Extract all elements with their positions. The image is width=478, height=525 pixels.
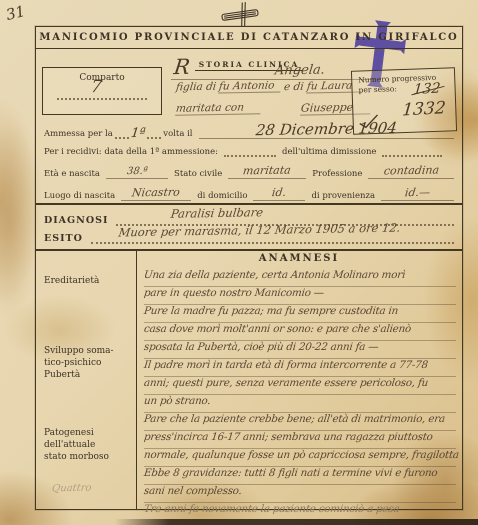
anamnesi-section: Ereditarietà Sviluppo soma- tico-psichic… — [36, 249, 462, 509]
admission-line: Ammessa per la 1ª volta il 28 Dicembre 1… — [44, 117, 454, 139]
provenance-value: id.— — [404, 186, 431, 199]
form-title: MANICOMIO PROVINCIALE DI CATANZARO IN GI… — [36, 32, 462, 43]
column-divider — [136, 249, 137, 509]
paper-stain — [0, 120, 40, 320]
profession-label: Professione — [312, 169, 362, 179]
anamnesi-line: anni; questi pure, senza veramente esser… — [143, 377, 429, 389]
document-scan: 31 Quattro MANICOMIO PROVINCIALE DI CATA… — [0, 0, 478, 525]
anamnesi-body: Una zia della paziente, certa Antonia Mo… — [144, 269, 456, 520]
recidivism-label2: dell'ultima dimissione — [282, 147, 376, 157]
anamnesi-title: ANAMNESI — [140, 253, 458, 264]
anamnesi-line: un pò strano. — [143, 395, 211, 407]
side-label-ereditarieta: Ereditarietà — [44, 275, 132, 287]
marital-pre: maritata con — [175, 101, 262, 115]
origin-line: Luogo di nascita Nicastro di domicilio i… — [44, 183, 454, 201]
side-label-patogenesi: Patogenesi dell'attuale stato morboso — [44, 427, 132, 463]
father-name: fu Antonio — [218, 79, 282, 93]
anamnesi-line: Una zia della paziente, certa Antonia Mo… — [143, 269, 406, 281]
admission-ordinal: 1ª — [130, 126, 146, 141]
anamnesi-line: sani nel complesso. — [143, 485, 242, 497]
vitals-line: Età e nascita 38.ª Stato civile maritata… — [44, 161, 454, 179]
diagnosis-value: Paralisi bulbare — [170, 205, 264, 221]
printed-ornament-icon — [218, 2, 262, 28]
anamnesi-line: normale, qualunque fosse un pò capriccio… — [143, 449, 459, 461]
progressive-old-number: 132 — [413, 80, 441, 97]
anamnesi-line: pare in questo nostro Manicomio — — [143, 287, 324, 299]
profession-value: contadina — [383, 164, 440, 178]
civil-status-value: maritata — [243, 164, 292, 178]
parents-line: figlia di fu Antonio e di fu Laura — [176, 75, 376, 93]
admission-mid: volta il — [163, 129, 192, 139]
parents-pre: figlia di — [175, 81, 217, 94]
anamnesi-line: Tre anni fa novamente la paziente cominc… — [143, 503, 400, 515]
anamnesi-line: Il padre morì in tarda età di forma inte… — [143, 359, 428, 371]
anamnesi-line: casa dove morì molt'anni or sono: e pare… — [143, 323, 411, 335]
anamnesi-line: Pure la madre fu pazza; ma fu sempre cus… — [143, 305, 398, 317]
anamnesi-line: press'incirca 16-17 anni; sembrava una r… — [143, 431, 433, 443]
age-value: 38.ª — [126, 166, 148, 177]
comparto-dots — [57, 89, 147, 100]
domicile-value: id. — [272, 186, 288, 199]
dots — [382, 146, 442, 157]
outcome-line: ESITO Muore per marasma, il 12 Marzo 190… — [44, 226, 454, 244]
anamnesi-line: sposata la Pubertà, cioè più di 20-22 an… — [143, 341, 379, 353]
civil-status-label: Stato civile — [174, 169, 222, 179]
birthplace-value: Nicastro — [131, 186, 181, 200]
age-label: Età e nascita — [44, 169, 100, 179]
side-label-sviluppo: Sviluppo soma- tico-psichico Pubertà — [44, 345, 132, 381]
admission-pre: Ammessa per la — [44, 129, 113, 139]
domicile-label: di domicilio — [197, 191, 247, 201]
parents-mid: e di — [283, 81, 304, 93]
dots — [224, 146, 276, 157]
admission-date: 28 Dicembre 1904 — [255, 119, 398, 139]
birthplace-label: Luogo di nascita — [44, 191, 115, 201]
anamnesi-line: Ebbe 8 gravidanze: tutti 8 figli nati a … — [143, 467, 438, 479]
page-corner-number: 31 — [4, 2, 27, 24]
diagnosis-label: DIAGNOSI — [44, 215, 108, 226]
comparto-box: Comparto 7 — [42, 67, 162, 115]
recidivism-line: Per i recidivi: data della 1ª ammessione… — [44, 141, 454, 157]
form-sheet: MANICOMIO PROVINCIALE DI CATANZARO IN GI… — [35, 26, 463, 510]
dots — [115, 128, 129, 139]
outcome-label: ESITO — [44, 233, 83, 244]
comparto-value: 7 — [90, 77, 103, 97]
anamnesi-line: Pare che la paziente crebbe bene; all'et… — [143, 413, 445, 425]
dots — [147, 128, 161, 139]
recidivism-label: Per i recidivi: data della 1ª ammessione… — [44, 147, 218, 157]
provenance-label: di provenienza — [311, 191, 375, 201]
divider — [36, 48, 462, 49]
